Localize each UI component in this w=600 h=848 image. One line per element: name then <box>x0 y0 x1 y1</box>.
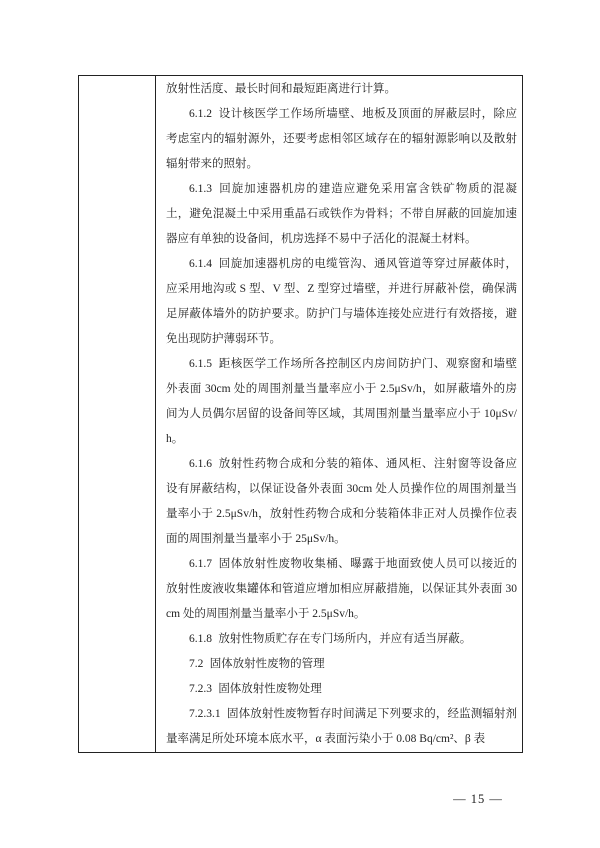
section-number: 6.1.6 <box>189 458 212 470</box>
section-number: 7.2.3 <box>189 683 212 695</box>
paragraph-continuation: 放射性活度、最长时间和最短距离进行计算。 <box>166 77 517 102</box>
section-text: 放射性物质贮存在专门场所内，并应有适当屏蔽。 <box>218 633 471 645</box>
section-text: 放射性活度、最长时间和最短距离进行计算。 <box>166 83 396 95</box>
section-text: 回旋加速器机房的电缆管沟、通风管道等穿过屏蔽体时，应采用地沟或 S 型、V 型、… <box>166 258 517 345</box>
review-table: 放射性活度、最长时间和最短距离进行计算。 6.1.2设计核医学工作场所墙壁、地板… <box>78 75 523 753</box>
section-text: 固体放射性废物的管理 <box>210 658 325 670</box>
section-text: 放射性药物合成和分装的箱体、通风柜、注射窗等设备应设有屏蔽结构，以保证设备外表面… <box>166 458 517 545</box>
section-number: 6.1.2 <box>189 108 212 120</box>
section-number: 6.1.5 <box>189 358 212 370</box>
paragraph-7-2: 7.2固体放射性废物的管理 <box>166 652 517 677</box>
paragraph-6-1-3: 6.1.3回旋加速器机房的建造应避免采用富含铁矿物质的混凝土，避免混凝土中采用重… <box>166 177 517 252</box>
paragraph-6-1-4: 6.1.4回旋加速器机房的电缆管沟、通风管道等穿过屏蔽体时，应采用地沟或 S 型… <box>166 252 517 352</box>
section-number: 7.2 <box>189 658 203 670</box>
paragraph-6-1-6: 6.1.6放射性药物合成和分装的箱体、通风柜、注射窗等设备应设有屏蔽结构，以保证… <box>166 452 517 552</box>
table-left-column-cell <box>79 76 156 752</box>
paragraph-6-1-2: 6.1.2设计核医学工作场所墙壁、地板及顶面的屏蔽层时，除应考虑室内的辐射源外，… <box>166 102 517 177</box>
document-page: 放射性活度、最长时间和最短距离进行计算。 6.1.2设计核医学工作场所墙壁、地板… <box>0 0 600 848</box>
paragraph-7-2-3: 7.2.3固体放射性废物处理 <box>166 677 517 702</box>
section-text: 回旋加速器机房的建造应避免采用富含铁矿物质的混凝土，避免混凝土中采用重晶石或铁作… <box>166 183 517 245</box>
section-text: 设计核医学工作场所墙壁、地板及顶面的屏蔽层时，除应考虑室内的辐射源外，还要考虑相… <box>166 108 517 170</box>
section-number: 7.2.3.1 <box>189 708 221 720</box>
section-text: 距核医学工作场所各控制区内房间防护门、观察窗和墙壁外表面 30cm 处的周围剂量… <box>166 358 517 445</box>
paragraph-7-2-3-1: 7.2.3.1固体放射性废物暂存时间满足下列要求的，经监测辐射剂量率满足所处环境… <box>166 702 517 752</box>
section-number: 6.1.3 <box>189 183 212 195</box>
page-number: — 15 — <box>428 792 528 807</box>
section-number: 6.1.7 <box>189 558 212 570</box>
section-number: 6.1.4 <box>189 258 212 270</box>
paragraph-6-1-5: 6.1.5距核医学工作场所各控制区内房间防护门、观察窗和墙壁外表面 30cm 处… <box>166 352 517 452</box>
table-content-cell: 放射性活度、最长时间和最短距离进行计算。 6.1.2设计核医学工作场所墙壁、地板… <box>156 76 522 752</box>
section-number: 6.1.8 <box>189 633 212 645</box>
section-text: 固体放射性废物收集桶、曝露于地面致使人员可以接近的放射性废液收集罐体和管道应增加… <box>166 558 517 620</box>
paragraph-6-1-7: 6.1.7固体放射性废物收集桶、曝露于地面致使人员可以接近的放射性废液收集罐体和… <box>166 552 517 627</box>
section-text: 固体放射性废物处理 <box>218 683 322 695</box>
paragraph-6-1-8: 6.1.8放射性物质贮存在专门场所内，并应有适当屏蔽。 <box>166 627 517 652</box>
